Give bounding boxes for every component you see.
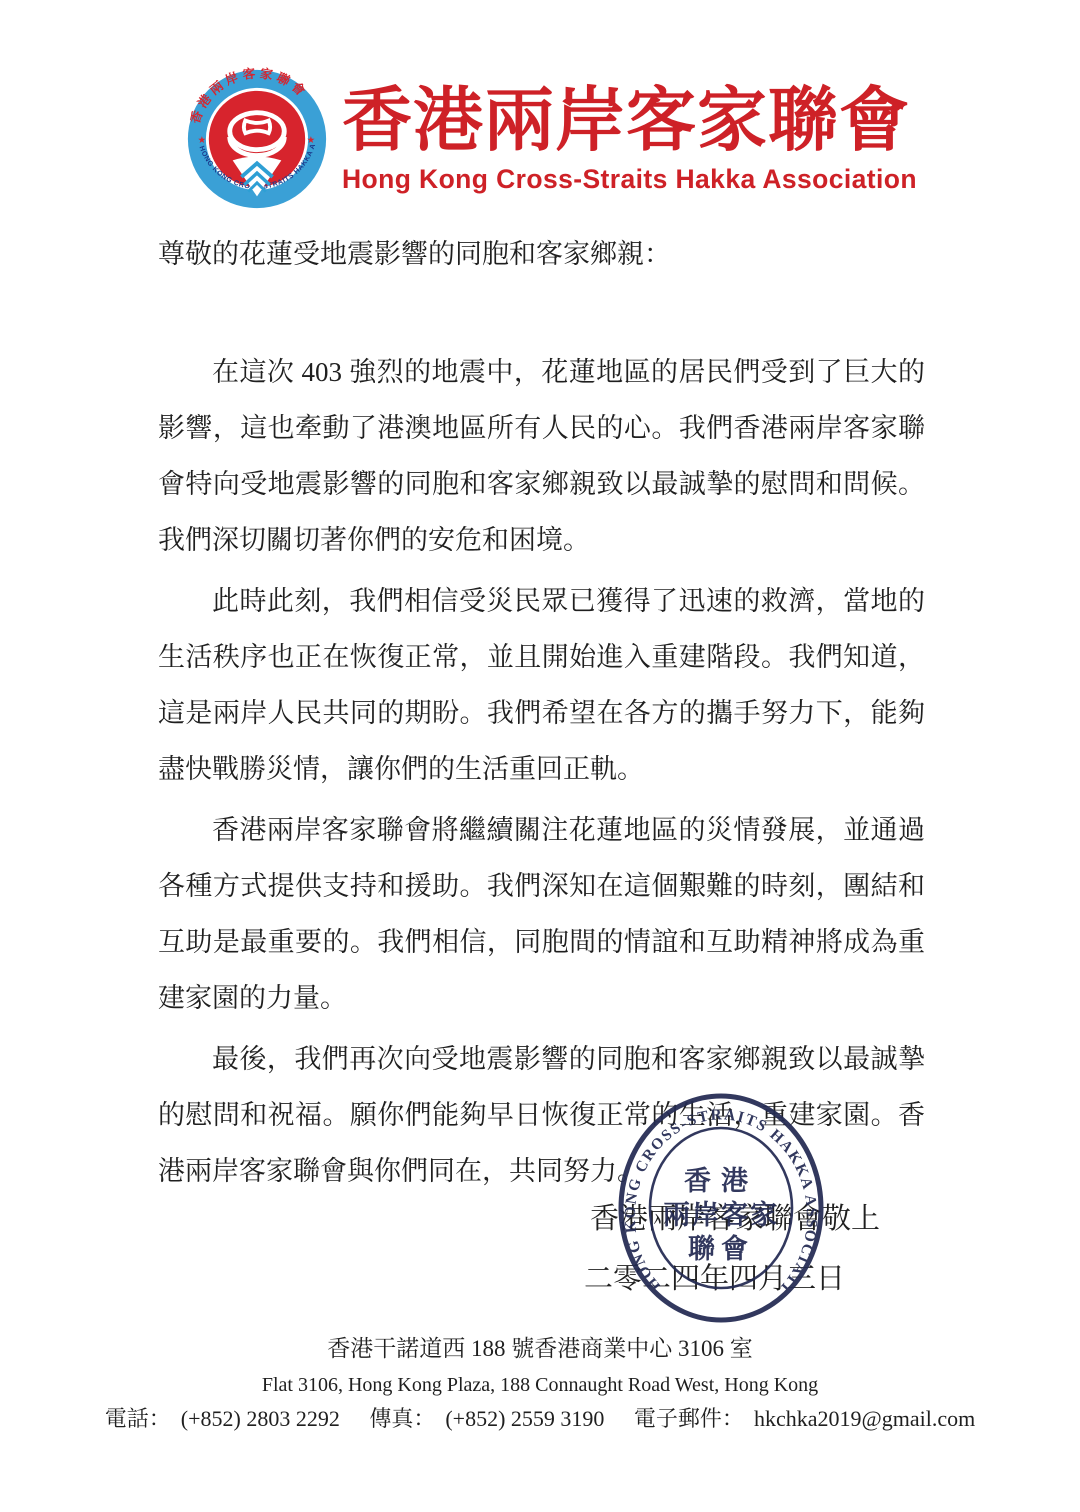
- salutation: 尊敬的花蓮受地震影響的同胞和客家鄉親：: [158, 234, 925, 274]
- footer-address-zh: 香港干諾道西 188 號香港商業中心 3106 室: [0, 1334, 1080, 1364]
- phone-number: (+852) 2803 2292: [181, 1406, 340, 1431]
- paragraph-2: 此時此刻，我們相信受災民眾已獲得了迅速的救濟，當地的生活秩序也正在恢復正常，並且…: [158, 573, 925, 797]
- association-seal: HONG KONG CROSS-STRAITS HAKKA ASSOCIATIO…: [615, 1090, 827, 1326]
- email-label: 電子郵件：: [634, 1406, 744, 1431]
- seal-center-line1: 香港: [684, 1166, 758, 1196]
- org-title-zh: 香港兩岸客家聯會: [342, 83, 917, 161]
- logo-star-left-icon: ★: [198, 135, 207, 146]
- letterhead-titles: 香港兩岸客家聯會 Hong Kong Cross-Straits Hakka A…: [342, 83, 917, 195]
- footer: 香港干諾道西 188 號香港商業中心 3106 室 Flat 3106, Hon…: [0, 1334, 1080, 1434]
- seal-center-line3: 聯會: [688, 1233, 754, 1264]
- footer-address-en: Flat 3106, Hong Kong Plaza, 188 Connaugh…: [0, 1370, 1080, 1400]
- paragraph-1: 在這次 403 強烈的地震中，花蓮地區的居民們受到了巨大的影響，這也牽動了港澳地…: [158, 344, 925, 568]
- fax-number: (+852) 2559 3190: [445, 1406, 604, 1431]
- association-logo-emblem-icon: 香港兩岸客家聯會 HONG KONG CROSS-STRAITS HAKKA A…: [184, 66, 330, 212]
- letter-page: 香港兩岸客家聯會 HONG KONG CROSS-STRAITS HAKKA A…: [0, 0, 1080, 1512]
- logo-star-right-icon: ★: [307, 135, 316, 146]
- footer-contact-line: 電話：(+852) 2803 2292 傳真：(+852) 2559 3190 …: [0, 1404, 1080, 1434]
- association-seal-icon: HONG KONG CROSS-STRAITS HAKKA ASSOCIATIO…: [615, 1090, 827, 1326]
- fax-label: 傳真：: [369, 1406, 435, 1431]
- letter-body: 尊敬的花蓮受地震影響的同胞和客家鄉親： 在這次 403 強烈的地震中，花蓮地區的…: [158, 234, 925, 1199]
- email-address: hkchka2019@gmail.com: [754, 1406, 975, 1431]
- association-logo: 香港兩岸客家聯會 HONG KONG CROSS-STRAITS HAKKA A…: [184, 66, 330, 212]
- org-title-en: Hong Kong Cross-Straits Hakka Associatio…: [342, 164, 917, 195]
- phone-label: 電話：: [105, 1406, 171, 1431]
- paragraph-3: 香港兩岸客家聯會將繼續關注花蓮地區的災情發展，並通過各種方式提供支持和援助。我們…: [158, 802, 925, 1026]
- seal-center-line2: 兩岸客家: [663, 1200, 779, 1230]
- letterhead: 香港兩岸客家聯會 HONG KONG CROSS-STRAITS HAKKA A…: [0, 0, 1080, 212]
